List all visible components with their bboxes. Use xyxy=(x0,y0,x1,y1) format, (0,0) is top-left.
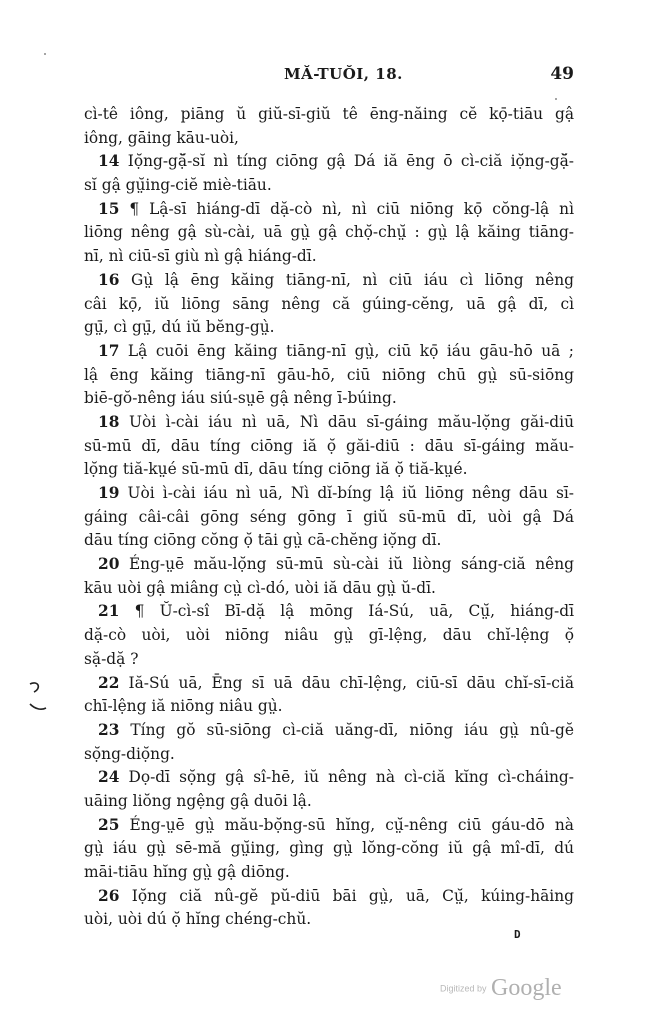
line-text: sĭ gậ gṳ̆ing-ciĕ miè-tiāu. xyxy=(84,176,272,194)
line-text: Uòi ì-cài iáu nì uā, Nì dāu sī-gáing mău… xyxy=(129,413,574,431)
verse-number: 14 xyxy=(98,152,119,170)
verse-number: 19 xyxy=(98,484,119,502)
line-text: Dọ-dī sọ̆ng gậ sî-hē, iŭ nêng nà cì-ciă … xyxy=(128,768,574,786)
line-text: uāing liŏng ngệng gậ duōi lậ. xyxy=(84,792,312,810)
line-text: gṳ̄, cì gṳ̄, dú iŭ bĕng-gṳ̀. xyxy=(84,318,275,336)
text-line: cì-tê iông, piāng ŭ giŭ-sī-giŭ tê ēng-nă… xyxy=(84,103,574,127)
line-text: gṳ̀ iáu gṳ̀ sē-mă gṳ̆ing, gìng gṳ̀ lŏng-… xyxy=(84,839,574,857)
line-text: nī, nì ciū-sī giù nì gậ hiáng-dī. xyxy=(84,247,317,265)
signature-mark: D xyxy=(514,928,521,941)
line-text: ¶ Ŭ-cì-sî Bī-dặ lậ mōng Iá-Sú, uā, Cṳ̆, … xyxy=(135,602,574,620)
verse-line: 26 Iọ̆ng ciă nû-gĕ pŭ-diū bāi gṳ̀, uā, C… xyxy=(84,885,574,909)
text-line: sặ-dặ ? xyxy=(84,648,574,672)
line-text: Iă-Sú uā, Ēng sī uā dāu chī-lệng, ciū-sī… xyxy=(129,674,575,692)
text-line: lọ̆ng tiă-kṳé sū-mū dī, dāu tíng ciōng i… xyxy=(84,458,574,482)
line-text: Uòi ì-cài iáu nì uā, Nì dĭ-bíng lậ iŭ li… xyxy=(128,484,574,502)
line-text: Iọ̆ng ciă nû-gĕ pŭ-diū bāi gṳ̀, uā, Cṳ̆,… xyxy=(132,887,574,905)
verse-line: 24 Dọ-dī sọ̆ng gậ sî-hē, iŭ nêng nà cì-c… xyxy=(84,766,574,790)
text-line: sọ̆ng-diọ̆ng. xyxy=(84,743,574,767)
line-text: biē-gŏ-nêng iáu siú-sṳē gậ nêng ī-búing. xyxy=(84,389,397,407)
text-line: lậ ēng kăing tiāng-nī gāu-hō, ciū niōng … xyxy=(84,364,574,388)
line-text: iông, gāing kāu-uòi, xyxy=(84,129,239,147)
verse-number: 18 xyxy=(98,413,119,431)
line-text: Éng-ṳē gṳ̀ mău-bọ̆ng-sū hĭng, cṳ̆-nêng c… xyxy=(130,816,574,834)
line-text: Tíng gŏ sū-siōng cì-ciă uăng-dī, niōng i… xyxy=(130,721,574,739)
text-line: gṳ̀ iáu gṳ̀ sē-mă gṳ̆ing, gìng gṳ̀ lŏng-… xyxy=(84,837,574,861)
line-text: sọ̆ng-diọ̆ng. xyxy=(84,745,175,763)
line-text: liōng nêng gậ sù-cài, uā gṳ̀ gậ chọ̆-chṳ… xyxy=(84,223,574,241)
text-line: māi-tiāu hĭng gṳ̀ gậ diōng. xyxy=(84,861,574,885)
verse-line: 25 Éng-ṳē gṳ̀ mău-bọ̆ng-sū hĭng, cṳ̆-nên… xyxy=(84,814,574,838)
line-text: uòi, uòi dú ọ̆ hĭng chéng-chŭ. xyxy=(84,910,311,928)
verse-number: 24 xyxy=(98,768,119,786)
text-line: dāu tíng ciōng cŏng ọ̆ tāi gṳ̀ cā-chĕng … xyxy=(84,529,574,553)
text-line: iông, gāing kāu-uòi, xyxy=(84,127,574,151)
verse-number: 25 xyxy=(98,816,119,834)
verse-number: 16 xyxy=(98,271,119,289)
verse-line: 22 Iă-Sú uā, Ēng sī uā dāu chī-lệng, ciū… xyxy=(84,672,574,696)
line-text: lậ ēng kăing tiāng-nī gāu-hō, ciū niōng … xyxy=(84,366,574,384)
verse-number: 23 xyxy=(98,721,119,739)
line-text: dāu tíng ciōng cŏng ọ̆ tāi gṳ̀ cā-chĕng … xyxy=(84,531,441,549)
line-text: kāu uòi gậ miâng cṳ̀ cì-dó, uòi iă dāu g… xyxy=(84,579,436,597)
verse-line: 17 Lậ cuōi ēng kăing tiāng-nī gṳ̀, ciū k… xyxy=(84,340,574,364)
verse-line: 21 ¶ Ŭ-cì-sî Bī-dặ lậ mōng Iá-Sú, uā, Cṳ… xyxy=(84,600,574,624)
text-line: câi kọ̄, iŭ liōng sāng nêng că gúing-cĕn… xyxy=(84,293,574,317)
verse-line: 19 Uòi ì-cài iáu nì uā, Nì dĭ-bíng lậ iŭ… xyxy=(84,482,574,506)
digitized-brand: Google xyxy=(491,975,562,1001)
digitized-watermark: Digitized by Google xyxy=(440,975,562,1002)
body-text: cì-tê iông, piāng ŭ giŭ-sī-giŭ tê ēng-nă… xyxy=(84,103,574,932)
text-line: biē-gŏ-nêng iáu siú-sṳē gậ nêng ī-búing. xyxy=(84,387,574,411)
verse-number: 26 xyxy=(98,887,119,905)
text-line: liōng nêng gậ sù-cài, uā gṳ̀ gậ chọ̆-chṳ… xyxy=(84,221,574,245)
line-text: Gṳ̀ lậ ēng kăing tiāng-nī, nì ciū iáu cì… xyxy=(131,271,574,289)
verse-line: 15 ¶ Lậ-sī hiáng-dī dặ-cò nì, nì ciū niō… xyxy=(84,198,574,222)
page-number: 49 xyxy=(550,64,574,84)
paper-speck xyxy=(44,53,46,55)
verse-number: 21 xyxy=(98,602,119,620)
verse-number: 15 xyxy=(98,200,119,218)
line-text: sū-mū dī, dāu tíng ciōng iă ọ̆ găi-diū :… xyxy=(84,437,574,455)
verse-line: 23 Tíng gŏ sū-siōng cì-ciă uăng-dī, niōn… xyxy=(84,719,574,743)
digitized-prefix: Digitized by xyxy=(440,984,487,994)
running-head: MĂ-TUŎI, 18. xyxy=(284,64,403,83)
verse-number: 20 xyxy=(98,555,119,573)
text-line: dặ-cò uòi, uòi niōng niâu gṳ̀ gī-lệng, d… xyxy=(84,624,574,648)
line-text: māi-tiāu hĭng gṳ̀ gậ diōng. xyxy=(84,863,290,881)
text-line: gáing câi-câi gōng séng gōng ī giŭ sū-mū… xyxy=(84,506,574,530)
line-text: câi kọ̄, iŭ liōng sāng nêng că gúing-cĕn… xyxy=(84,295,574,313)
line-text: chī-lệng iă niōng niâu gṳ̀. xyxy=(84,697,283,715)
line-text: sặ-dặ ? xyxy=(84,650,138,668)
verse-line: 18 Uòi ì-cài iáu nì uā, Nì dāu sī-gáing … xyxy=(84,411,574,435)
running-head-text: MĂ-TUŎI, 18. xyxy=(284,65,403,83)
verse-line: 14 Iọ̆ng-gặ̆-sĭ nì tíng ciōng gậ Dá iă ē… xyxy=(84,150,574,174)
text-line: nī, nì ciū-sī giù nì gậ hiáng-dī. xyxy=(84,245,574,269)
line-text: Iọ̆ng-gặ̆-sĭ nì tíng ciōng gậ Dá iă ēng … xyxy=(128,152,574,170)
paper-speck xyxy=(555,98,557,100)
verse-number: 22 xyxy=(98,674,119,692)
text-line: sū-mū dī, dāu tíng ciōng iă ọ̆ găi-diū :… xyxy=(84,435,574,459)
text-line: sĭ gậ gṳ̆ing-ciĕ miè-tiāu. xyxy=(84,174,574,198)
text-line: chī-lệng iă niōng niâu gṳ̀. xyxy=(84,695,574,719)
line-text: Éng-ṳē mău-lọ̆ng sū-mū sù-cài iŭ liòng s… xyxy=(129,555,574,573)
pencil-margin-mark-icon xyxy=(26,680,56,720)
verse-line: 20 Éng-ṳē mău-lọ̆ng sū-mū sù-cài iŭ liòn… xyxy=(84,553,574,577)
line-text: Lậ cuōi ēng kăing tiāng-nī gṳ̀, ciū kọ̄ … xyxy=(128,342,574,360)
text-line: uāing liŏng ngệng gậ duōi lậ. xyxy=(84,790,574,814)
text-line: kāu uòi gậ miâng cṳ̀ cì-dó, uòi iă dāu g… xyxy=(84,577,574,601)
line-text: cì-tê iông, piāng ŭ giŭ-sī-giŭ tê ēng-nă… xyxy=(84,105,574,123)
line-text: lọ̆ng tiă-kṳé sū-mū dī, dāu tíng ciōng i… xyxy=(84,460,467,478)
line-text: ¶ Lậ-sī hiáng-dī dặ-cò nì, nì ciū niōng … xyxy=(129,200,574,218)
text-line: gṳ̄, cì gṳ̄, dú iŭ bĕng-gṳ̀. xyxy=(84,316,574,340)
line-text: gáing câi-câi gōng séng gōng ī giŭ sū-mū… xyxy=(84,508,574,526)
verse-line: 16 Gṳ̀ lậ ēng kăing tiāng-nī, nì ciū iáu… xyxy=(84,269,574,293)
verse-number: 17 xyxy=(98,342,119,360)
text-line: uòi, uòi dú ọ̆ hĭng chéng-chŭ. xyxy=(84,908,574,932)
line-text: dặ-cò uòi, uòi niōng niâu gṳ̀ gī-lệng, d… xyxy=(84,626,574,644)
page-header: MĂ-TUŎI, 18. 49 xyxy=(84,64,574,88)
